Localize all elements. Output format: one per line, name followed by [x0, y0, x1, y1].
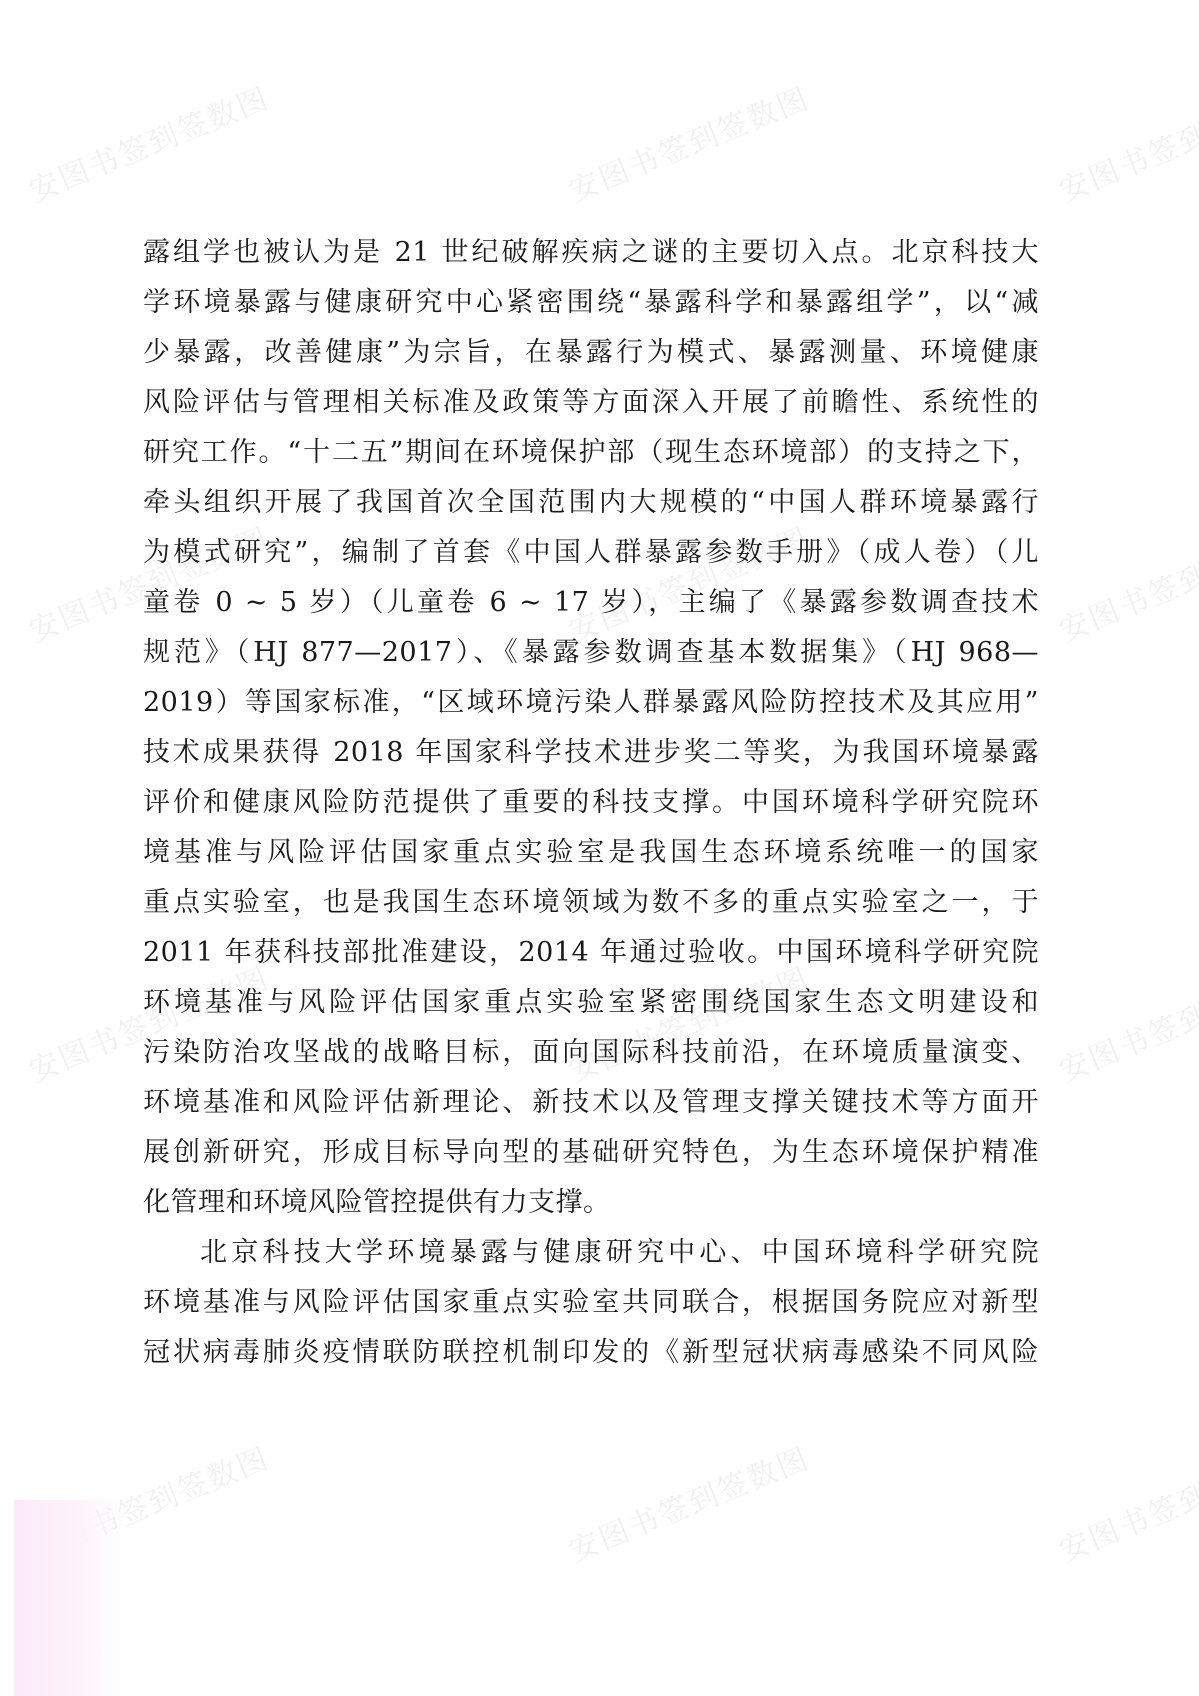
watermark: 安图书签到签数图: [561, 74, 815, 211]
text-line: 评价和健康风险防范提供了重要的科技支撑。中国环境科学研究院环: [143, 778, 1039, 828]
paragraph-1: 露组学也被认为是 21 世纪破解疾病之谜的主要切入点。北京科技大 学环境暴露与健…: [143, 228, 1043, 1228]
text-line: 牵头组织开展了我国首次全国范围内大规模的“中国人群环境暴露行: [143, 478, 1039, 528]
text-line: 为模式研究”，编制了首套《中国人群暴露参数手册》（成人卷）（儿: [143, 528, 1039, 578]
watermark: 安图书签到签数图: [21, 74, 275, 211]
text-line: 童卷 0 ~ 5 岁）（儿童卷 6 ~ 17 岁），主编了《暴露参数调查技术: [143, 578, 1039, 628]
text-line: 风险评估与管理相关标准及政策等方面深入开展了前瞻性、系统性的: [143, 378, 1039, 428]
text-line: 研究工作。“十二五”期间在环境保护部（现生态环境部）的支持之下，: [143, 428, 1039, 478]
text-line: 展创新研究，形成目标导向型的基础研究特色，为生态环境保护精准: [143, 1128, 1039, 1178]
text-line: 学环境暴露与健康研究中心紧密围绕“暴露科学和暴露组学”，以“减: [143, 278, 1039, 328]
text-line: 境基准与风险评估国家重点实验室是我国生态环境系统唯一的国家: [143, 828, 1039, 878]
text-line: 露组学也被认为是 21 世纪破解疾病之谜的主要切入点。北京科技大: [143, 228, 1039, 278]
text-line: 2011 年获科技部批准建设，2014 年通过验收。中国环境科学研究院: [143, 928, 1039, 978]
text-line: 2019）等国家标准，“区域环境污染人群暴露风险防控技术及其应用”: [143, 678, 1039, 728]
text-line: 少暴露，改善健康”为宗旨，在暴露行为模式、暴露测量、环境健康: [143, 328, 1039, 378]
text-line: 北京科技大学环境暴露与健康研究中心、中国环境科学研究院: [143, 1228, 1039, 1278]
text-line: 污染防治攻坚战的战略目标，面向国际科技前沿，在环境质量演变、: [143, 1028, 1039, 1078]
watermark: 安图书签到签数图: [561, 1434, 815, 1571]
text-line: 技术成果获得 2018 年国家科学技术进步奖二等奖，为我国环境暴露: [143, 728, 1039, 778]
text-line: 规范》（HJ 877—2017）、《暴露参数调查基本数据集》（HJ 968—: [143, 628, 1039, 678]
text-line: 重点实验室，也是我国生态环境领域为数不多的重点实验室之一，于: [143, 878, 1039, 928]
document-body: 露组学也被认为是 21 世纪破解疾病之谜的主要切入点。北京科技大 学环境暴露与健…: [143, 228, 1043, 1378]
watermark: 安图书签到签数图: [1051, 954, 1199, 1091]
text-line: 环境基准与风险评估国家重点实验室紧密围绕国家生态文明建设和: [143, 978, 1039, 1028]
text-line: 冠状病毒肺炎疫情联防联控机制印发的《新型冠状病毒感染不同风险: [143, 1328, 1039, 1378]
watermark: 安图书签到签数图: [1051, 74, 1199, 211]
text-line: 环境基准和风险评估新理论、新技术以及管理支撑关键技术等方面开: [143, 1078, 1039, 1128]
text-line: 环境基准与风险评估国家重点实验室共同联合，根据国务院应对新型: [143, 1278, 1039, 1328]
watermark: 安图书签到签数图: [1051, 514, 1199, 651]
watermark: 安图书签到签数图: [1051, 1434, 1199, 1571]
paragraph-2: 北京科技大学环境暴露与健康研究中心、中国环境科学研究院 环境基准与风险评估国家重…: [143, 1228, 1043, 1378]
page-edge-tint: [14, 1500, 124, 1696]
text-line: 化管理和环境风险管控提供有力支撑。: [143, 1178, 1043, 1228]
